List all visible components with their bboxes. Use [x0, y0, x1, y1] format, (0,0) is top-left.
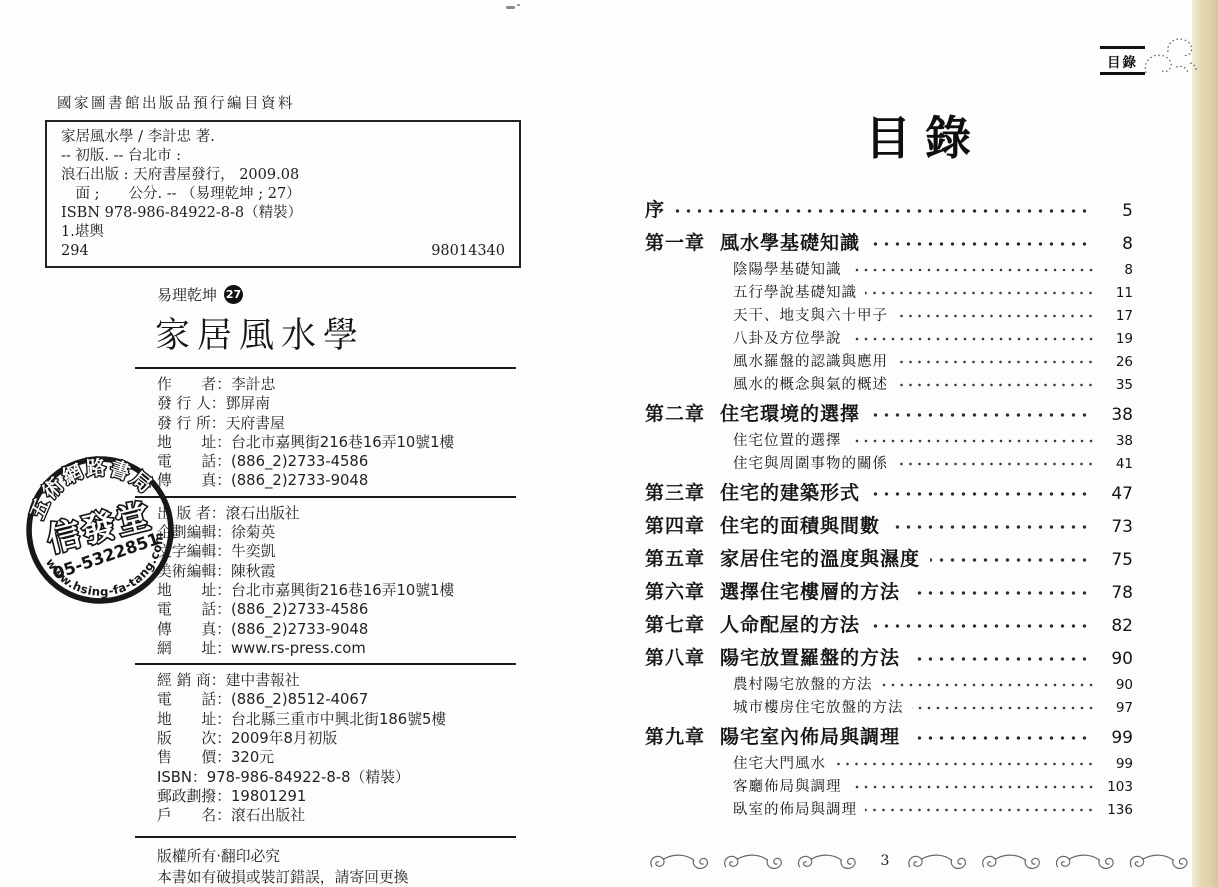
- book-scan-spread: 國家圖書館出版品預行編目資料 家居風水學 / 李計忠 著.-- 初版. -- 台…: [0, 0, 1218, 887]
- dot-leader: [850, 336, 1096, 342]
- dot-leader: [896, 461, 1095, 467]
- toc-chapter-label: 第三章: [645, 481, 705, 506]
- scan-speck: [517, 4, 520, 6]
- colophon-row: 企劃編輯： 徐菊英: [157, 523, 521, 542]
- toc-entry: 第七章 人命配屋的方法 82: [645, 613, 1133, 639]
- colophon-value: (886_2)2733-4586: [231, 452, 368, 471]
- toc-entry: 第一章 風水學基礎知識 8: [645, 231, 1133, 257]
- colophon-value: 19801291: [231, 787, 306, 806]
- dot-leader: [896, 359, 1095, 365]
- divider: [135, 367, 516, 369]
- dot-leader: [865, 807, 1095, 813]
- toc-entry-title: 住宅位置的選擇: [733, 431, 842, 451]
- dot-leader: [930, 556, 1090, 564]
- colophon-value: 978-986-84922-8-8（精裝）: [207, 768, 410, 787]
- colophon-value: 滾石出版社: [231, 806, 305, 825]
- toc-entry-title: 家居住宅的溫度與濕度: [720, 547, 920, 572]
- cip-line: ISBN 978-986-84922-8-8（精裝）: [61, 204, 505, 223]
- toc-entry-title: 住宅與周圍事物的關係: [733, 454, 888, 474]
- dot-leader: [912, 705, 1096, 711]
- colophon-row: 經 銷 商： 建中書報社: [157, 671, 521, 690]
- toc-chapter-label: 第七章: [645, 613, 705, 638]
- toc-title: 目錄: [645, 102, 1191, 168]
- toc-page-number: 8: [1103, 260, 1133, 280]
- toc-entry-title: 陽宅放置羅盤的方法: [720, 646, 900, 671]
- colophon-label: 網 址：: [157, 639, 231, 658]
- dot-leader: [910, 655, 1090, 663]
- cip-class-number: 294: [61, 242, 89, 261]
- dot-leader: [850, 438, 1096, 444]
- colophon-value: 台北市嘉興街216巷16弄10號1樓: [231, 581, 454, 600]
- toc-list: 序 5 第一章 風水學基礎知識 8 陰陽學基礎知識 8 五行學說基礎知識: [645, 198, 1191, 820]
- colophon-label: 發 行 所：: [157, 414, 226, 433]
- colophon-label: 郵政劃撥：: [157, 787, 231, 806]
- colophon-label: 地 址：: [157, 710, 231, 729]
- toc-page-number: 5: [1099, 199, 1133, 224]
- colophon-value: 320元: [231, 748, 274, 767]
- ornament-right: [903, 849, 1191, 873]
- toc-entry-title: 農村陽宅放盤的方法: [733, 675, 873, 695]
- colophon-row: 文字編輯： 牛奕凱: [157, 542, 521, 561]
- colophon-row: 發 行 人： 鄧屏南: [157, 394, 521, 413]
- toc-entry: 住宅大門風水 99: [645, 754, 1133, 774]
- colophon-label: 售 價：: [157, 748, 231, 767]
- divider: [135, 496, 516, 498]
- colophon-value: (886_2)2733-4586: [231, 600, 368, 619]
- page-edge: [1192, 0, 1218, 887]
- toc-entry: 第四章 住宅的面積與間數 73: [645, 514, 1133, 540]
- ornament-left: [645, 849, 867, 873]
- toc-entry: 第九章 陽宅室內佈局與調理 99: [645, 725, 1133, 751]
- book-title: 家居風水學: [155, 308, 521, 358]
- corner-tab: 目錄: [1100, 46, 1145, 75]
- series-number-badge: 27: [224, 285, 243, 304]
- dot-leader: [834, 761, 1095, 767]
- colophon-label: 電 話：: [157, 600, 231, 619]
- toc-chapter-label: 第一章: [645, 231, 705, 256]
- cip-lines: 家居風水學 / 李計忠 著.-- 初版. -- 台北市 :浪石出版 : 天府書屋…: [61, 128, 505, 242]
- toc-entry-title: 臥室的佈局與調理: [733, 800, 857, 820]
- dot-leader: [896, 313, 1095, 319]
- toc-page-number: 99: [1103, 754, 1133, 774]
- toc-entry-title: 住宅大門風水: [733, 754, 826, 774]
- divider: [135, 663, 516, 665]
- toc-page-number: 75: [1099, 548, 1133, 573]
- toc-page-number: 136: [1103, 800, 1133, 820]
- colophon-row: ISBN： 978-986-84922-8-8（精裝）: [157, 768, 521, 787]
- folio-page-number: 3: [881, 853, 890, 869]
- series-line: 易理乾坤 27: [157, 284, 521, 305]
- colophon-value: (886_2)2733-9048: [231, 471, 368, 490]
- dot-leader: [865, 290, 1095, 296]
- dot-leader: [881, 682, 1096, 688]
- cip-box: 家居風水學 / 李計忠 著.-- 初版. -- 台北市 :浪石出版 : 天府書屋…: [45, 120, 521, 268]
- cip-record-number: 98014340: [431, 242, 505, 261]
- toc-page-number: 82: [1099, 614, 1133, 639]
- cip-last-row: 294 98014340: [61, 242, 505, 261]
- cip-line: 面 ; 公分. -- （易理乾坤 ; 27）: [61, 185, 505, 204]
- toc-entry: 風水羅盤的認識與應用 26: [645, 352, 1133, 372]
- colophon-label: 作 者：: [157, 375, 231, 394]
- toc-chapter-label: 第四章: [645, 514, 705, 539]
- toc-entry: 城市樓房住宅放盤的方法 97: [645, 698, 1133, 718]
- colophon-block-editors: 出 版 者： 滾石出版社 企劃編輯： 徐菊英 文字編輯： 牛奕凱 美術編輯： 陳…: [157, 504, 521, 658]
- dot-leader: [870, 411, 1090, 419]
- toc-page-number: 35: [1103, 375, 1133, 395]
- colophon-value: 李計忠: [231, 375, 275, 394]
- dot-leader: [910, 589, 1090, 597]
- colophon-row: 出 版 者： 滾石出版社: [157, 504, 521, 523]
- colophon-row: 電 話： (886_2)2733-4586: [157, 600, 521, 619]
- colophon-row: 戶 名： 滾石出版社: [157, 806, 521, 825]
- toc-entry-title: 天干、地支與六十甲子: [733, 306, 888, 326]
- series-name: 易理乾坤: [157, 284, 217, 305]
- toc-entry: 八卦及方位學說 19: [645, 329, 1133, 349]
- colophon-value: 陳秋霞: [231, 562, 275, 581]
- colophon-row: 作 者： 李計忠: [157, 375, 521, 394]
- toc-page-number: 11: [1103, 283, 1133, 303]
- toc-chapter-label: 第六章: [645, 580, 705, 605]
- toc-chapter-label: 第二章: [645, 402, 705, 427]
- toc-entry-title: 住宅環境的選擇: [720, 402, 860, 427]
- colophon-value: www.rs-press.com: [231, 639, 366, 658]
- colophon-row: 售 價： 320元: [157, 748, 521, 767]
- toc-page-number: 26: [1103, 352, 1133, 372]
- toc-entry-title: 住宅的面積與間數: [720, 514, 880, 539]
- toc-page-number: 78: [1099, 581, 1133, 606]
- toc-entry: 臥室的佈局與調理 136: [645, 800, 1133, 820]
- toc-entry: 天干、地支與六十甲子 17: [645, 306, 1133, 326]
- colophon-label: 傳 真：: [157, 620, 231, 639]
- toc-page-number: 47: [1099, 482, 1133, 507]
- colophon-label: 經 銷 商：: [157, 671, 226, 690]
- toc-entry: 陰陽學基礎知識 8: [645, 260, 1133, 280]
- toc-page-number: 41: [1103, 454, 1133, 474]
- colophon-value: 徐菊英: [231, 523, 275, 542]
- toc-entry: 五行學說基礎知識 11: [645, 283, 1133, 303]
- toc-entry-title: 序: [645, 198, 665, 223]
- colophon-label: 發 行 人：: [157, 394, 226, 413]
- toc-page-number: 103: [1103, 777, 1133, 797]
- colophon-row: 電 話： (886_2)2733-4586: [157, 452, 521, 471]
- right-page-toc: 目錄 序 5 第一章 風水學基礎知識 8 陰陽學基礎知識 8: [645, 102, 1191, 820]
- cip-line: 1.堪輿: [61, 223, 505, 242]
- toc-chapter-label: 第五章: [645, 547, 705, 572]
- colophon-value: 天府書屋: [226, 414, 285, 433]
- colophon-value: (886_2)8512-4067: [231, 690, 368, 709]
- toc-page-number: 17: [1103, 306, 1133, 326]
- colophon-label: 版 次：: [157, 729, 231, 748]
- colophon-row: 美術編輯： 陳秋霞: [157, 562, 521, 581]
- toc-page-number: 97: [1103, 698, 1133, 718]
- toc-chapter-label: 第八章: [645, 646, 705, 671]
- toc-entry-title: 八卦及方位學說: [733, 329, 842, 349]
- toc-page-number: 90: [1099, 647, 1133, 672]
- divider: [135, 836, 516, 838]
- toc-entry-title: 風水學基礎知識: [720, 231, 860, 256]
- toc-entry: 住宅與周圍事物的關係 41: [645, 454, 1133, 474]
- toc-page-number: 8: [1099, 232, 1133, 257]
- copyright-notice: 版權所有·翻印必究本書如有破損或裝訂錯誤，請寄回更換: [157, 846, 521, 887]
- toc-entry: 第五章 家居住宅的溫度與濕度 75: [645, 547, 1133, 573]
- colophon-row: 網 址： www.rs-press.com: [157, 639, 521, 658]
- colophon-value: 牛奕凱: [231, 542, 275, 561]
- toc-chapter-label: 第九章: [645, 725, 705, 750]
- cip-line: -- 初版. -- 台北市 :: [61, 147, 505, 166]
- toc-entry-title: 五行學說基礎知識: [733, 283, 857, 303]
- toc-entry-title: 住宅的建築形式: [720, 481, 860, 506]
- toc-page-number: 19: [1103, 329, 1133, 349]
- colophon-row: 發 行 所： 天府書屋: [157, 414, 521, 433]
- colophon-row: 傳 真： (886_2)2733-9048: [157, 471, 521, 490]
- colophon-label: 傳 真：: [157, 471, 231, 490]
- colophon-value: 滾石出版社: [226, 504, 300, 523]
- dot-leader: [870, 622, 1090, 630]
- colophon-value: (886_2)2733-9048: [231, 620, 368, 639]
- colophon-value: 台北縣三重市中興北街186號5樓: [231, 710, 446, 729]
- toc-entry-title: 人命配屋的方法: [720, 613, 860, 638]
- dot-leader: [870, 490, 1090, 498]
- toc-entry: 第二章 住宅環境的選擇 38: [645, 402, 1133, 428]
- dot-leader: [850, 784, 1096, 790]
- toc-entry: 第八章 陽宅放置羅盤的方法 90: [645, 646, 1133, 672]
- toc-page-number: 38: [1099, 403, 1133, 428]
- colophon-row: 版 次： 2009年8月初版: [157, 729, 521, 748]
- toc-entry: 第六章 選擇住宅樓層的方法 78: [645, 580, 1133, 606]
- dot-leader: [910, 734, 1090, 742]
- colophon-label: ISBN：: [157, 768, 207, 787]
- toc-entry-title: 城市樓房住宅放盤的方法: [733, 698, 904, 718]
- colophon-value: 2009年8月初版: [231, 729, 337, 748]
- colophon-row: 傳 真： (886_2)2733-9048: [157, 620, 521, 639]
- toc-entry: 第三章 住宅的建築形式 47: [645, 481, 1133, 507]
- toc-entry: 客廳佈局與調理 103: [645, 777, 1133, 797]
- dot-leader: [675, 207, 1090, 215]
- toc-entry-title: 風水的概念與氣的概述: [733, 375, 888, 395]
- copyright-line: 版權所有·翻印必究: [157, 846, 521, 868]
- toc-entry: 風水的概念與氣的概述 35: [645, 375, 1133, 395]
- colophon-row: 地 址： 台北市嘉興街216巷16弄10號1樓: [157, 581, 521, 600]
- toc-entry-title: 陽宅室內佈局與調理: [720, 725, 900, 750]
- cip-header: 國家圖書館出版品預行編目資料: [57, 92, 521, 113]
- colophon-value: 台北市嘉興街216巷16弄10號1樓: [231, 433, 454, 452]
- colophon-label: 電 話：: [157, 690, 231, 709]
- dot-leader: [850, 267, 1096, 273]
- colophon-block-distribution: 經 銷 商： 建中書報社 電 話： (886_2)8512-4067 地 址： …: [157, 671, 521, 825]
- colophon-row: 郵政劃撥： 19801291: [157, 787, 521, 806]
- dot-leader: [870, 240, 1090, 248]
- footer-ornament-border: 3: [645, 846, 1191, 876]
- toc-page-number: 38: [1103, 431, 1133, 451]
- colophon-block-publishing: 作 者： 李計忠 發 行 人： 鄧屏南 發 行 所： 天府書屋 地 址： 台北市…: [157, 375, 521, 491]
- cip-line: 浪石出版 : 天府書屋發行， 2009.08: [61, 166, 505, 185]
- colophon-label: 戶 名：: [157, 806, 231, 825]
- colophon-row: 地 址： 台北縣三重市中興北街186號5樓: [157, 710, 521, 729]
- copyright-line: 本書如有破損或裝訂錯誤，請寄回更換: [157, 867, 521, 887]
- cip-line: 家居風水學 / 李計忠 著.: [61, 128, 505, 147]
- toc-entry: 住宅位置的選擇 38: [645, 431, 1133, 451]
- colophon-label: 電 話：: [157, 452, 231, 471]
- toc-entry-title: 選擇住宅樓層的方法: [720, 580, 900, 605]
- colophon-row: 電 話： (886_2)8512-4067: [157, 690, 521, 709]
- dot-leader: [890, 523, 1090, 531]
- toc-entry-title: 風水羅盤的認識與應用: [733, 352, 888, 372]
- colophon-value: 鄧屏南: [226, 394, 270, 413]
- colophon-row: 地 址： 台北市嘉興街216巷16弄10號1樓: [157, 433, 521, 452]
- toc-entry: 農村陽宅放盤的方法 90: [645, 675, 1133, 695]
- toc-entry-title: 客廳佈局與調理: [733, 777, 842, 797]
- toc-page-number: 99: [1099, 726, 1133, 751]
- toc-entry-title: 陰陽學基礎知識: [733, 260, 842, 280]
- toc-page-number: 73: [1099, 515, 1133, 540]
- corner-tab-flourish: [1140, 33, 1202, 85]
- dot-leader: [896, 382, 1095, 388]
- scan-speck: [506, 6, 515, 9]
- colophon-label: 地 址：: [157, 433, 231, 452]
- colophon-value: 建中書報社: [226, 671, 300, 690]
- toc-page-number: 90: [1103, 675, 1133, 695]
- toc-entry: 序 5: [645, 198, 1133, 224]
